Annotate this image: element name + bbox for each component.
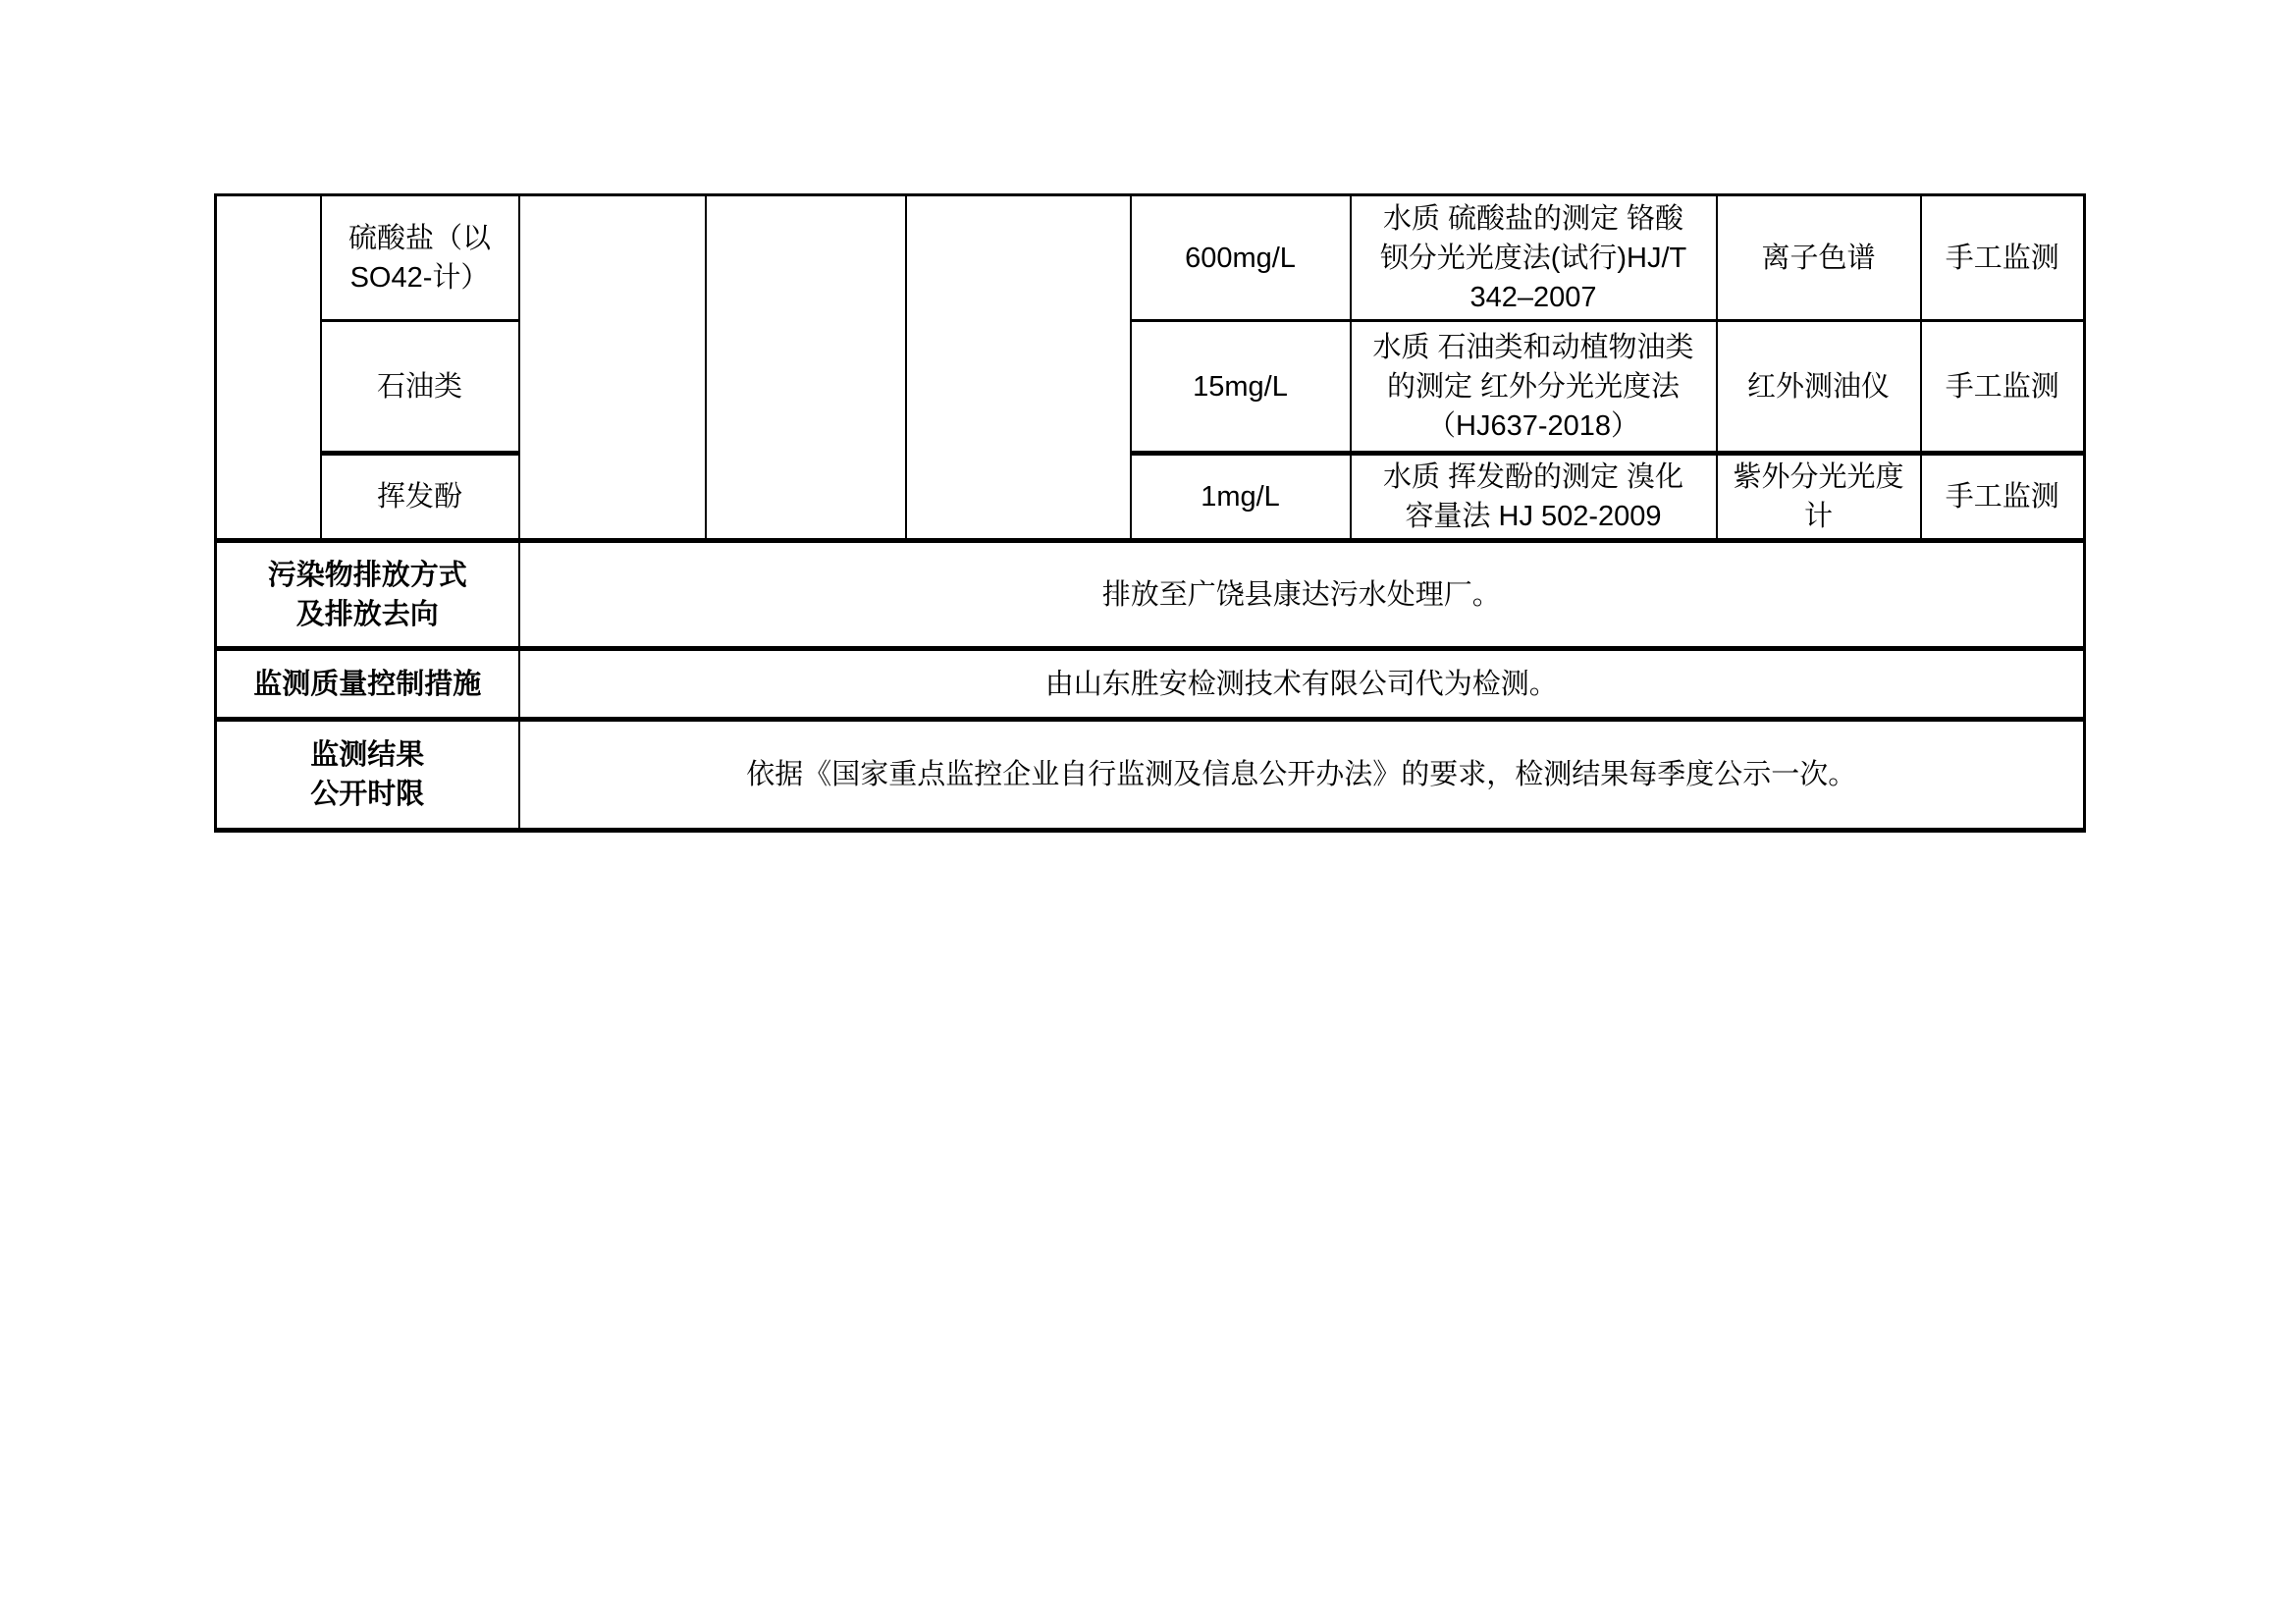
instrument-cell: 红外测油仪 [1717, 321, 1921, 454]
monitor-mode-cell: 手工监测 [1921, 454, 2085, 541]
empty-cell [706, 195, 906, 541]
pollutant-name-cell: 挥发酚 [321, 454, 519, 541]
info-label-cell: 监测结果 公开时限 [216, 720, 519, 831]
empty-cell [906, 195, 1131, 541]
monitoring-table: 硫酸盐（以 SO42-计） 600mg/L 水质 硫酸盐的测定 铬酸 钡分光光度… [214, 193, 2086, 833]
limit-value-cell: 600mg/L [1131, 195, 1351, 321]
analysis-method-cell: 水质 挥发酚的测定 溴化 容量法 HJ 502-2009 [1351, 454, 1717, 541]
document-page: 硫酸盐（以 SO42-计） 600mg/L 水质 硫酸盐的测定 铬酸 钡分光光度… [0, 0, 2296, 1624]
monitor-mode-cell: 手工监测 [1921, 321, 2085, 454]
info-label-cell: 污染物排放方式 及排放去向 [216, 541, 519, 649]
pollutant-name-cell: 石油类 [321, 321, 519, 454]
empty-cell [519, 195, 706, 541]
empty-cell [216, 195, 321, 541]
info-content-cell: 排放至广饶县康达污水处理厂。 [519, 541, 2085, 649]
pollutant-name-cell: 硫酸盐（以 SO42-计） [321, 195, 519, 321]
instrument-cell: 紫外分光光度 计 [1717, 454, 1921, 541]
monitor-mode-cell: 手工监测 [1921, 195, 2085, 321]
limit-value-cell: 1mg/L [1131, 454, 1351, 541]
limit-value-cell: 15mg/L [1131, 321, 1351, 454]
instrument-cell: 离子色谱 [1717, 195, 1921, 321]
info-content-cell: 依据《国家重点监控企业自行监测及信息公开办法》的要求，检测结果每季度公示一次。 [519, 720, 2085, 831]
analysis-method-cell: 水质 硫酸盐的测定 铬酸 钡分光光度法(试行)HJ/T 342–2007 [1351, 195, 1717, 321]
info-label-cell: 监测质量控制措施 [216, 649, 519, 720]
analysis-method-cell: 水质 石油类和动植物油类 的测定 红外分光光度法 （HJ637-2018） [1351, 321, 1717, 454]
info-content-cell: 由山东胜安检测技术有限公司代为检测。 [519, 649, 2085, 720]
